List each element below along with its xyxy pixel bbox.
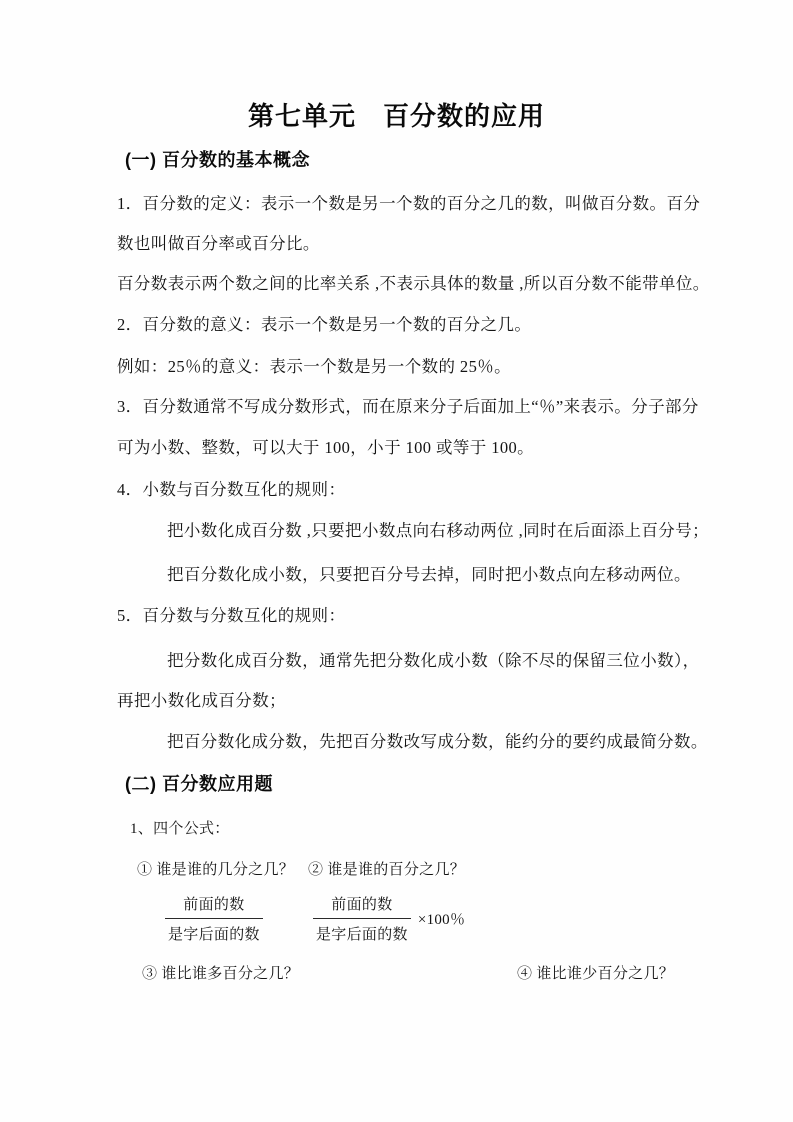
question-3: ③ 谁比谁多百分之几？ xyxy=(142,962,299,983)
body-line: 1．百分数的定义：表示一个数是另一个数的百分之几的数，叫做百分数。百分 xyxy=(117,193,702,215)
fraction-numerator: 前面的数 xyxy=(165,893,263,918)
question-1: ① 谁是谁的几分之几？ xyxy=(137,858,294,879)
question-2: ② 谁是谁的百分之几？ xyxy=(308,858,465,879)
body-line: 例如：25％的意义：表示一个数是另一个数的 25％。 xyxy=(117,356,702,378)
body-line: 4．小数与百分数互化的规则： xyxy=(117,479,702,501)
fraction-denominator: 是字后面的数 xyxy=(313,918,411,944)
body-line: 把小数化成百分数 ,只要把小数点向右移动两位 ,同时在后面添上百分号； xyxy=(167,520,752,542)
fraction-multiplier: ×100％ xyxy=(418,908,465,929)
body-line: 2．百分数的意义：表示一个数是另一个数的百分之几。 xyxy=(117,314,702,336)
fraction-formula-2-group: 前面的数 是字后面的数 ×100％ xyxy=(313,893,465,944)
fraction-formula-1: 前面的数 是字后面的数 xyxy=(165,893,263,944)
fraction-denominator: 是字后面的数 xyxy=(165,918,263,944)
formulas-intro: 1、四个公式： xyxy=(130,817,230,838)
question-4: ④ 谁比谁少百分之几？ xyxy=(517,962,674,983)
body-line: 再把小数化成百分数； xyxy=(117,690,702,712)
body-line: 把百分数化成小数，只要把百分号去掉，同时把小数点向左移动两位。 xyxy=(167,564,752,586)
body-line: 数也叫做百分率或百分比。 xyxy=(117,233,702,255)
body-line: 3．百分数通常不写成分数形式，而在原来分子后面加上“％”来表示。分子部分 xyxy=(117,396,702,418)
document-page: 第七单元 百分数的应用 (一) 百分数的基本概念 1．百分数的定义：表示一个数是… xyxy=(0,0,793,1122)
body-line: 把百分数化成分数，先把百分数改写成分数，能约分的要约成最简分数。 xyxy=(167,731,752,753)
fraction-numerator: 前面的数 xyxy=(313,893,411,918)
section1-heading: (一) 百分数的基本概念 xyxy=(125,146,310,172)
body-line: 百分数表示两个数之间的比率关系 ,不表示具体的数量 ,所以百分数不能带单位。 xyxy=(117,273,702,295)
body-line: 把分数化成百分数，通常先把分数化成小数（除不尽的保留三位小数）， xyxy=(167,650,752,672)
section2-heading: (二) 百分数应用题 xyxy=(125,770,273,796)
body-line: 可为小数、整数，可以大于 100，小于 100 或等于 100。 xyxy=(117,437,702,459)
document-title: 第七单元 百分数的应用 xyxy=(0,96,793,133)
body-line: 5．百分数与分数互化的规则： xyxy=(117,605,702,627)
fraction-formula-2: 前面的数 是字后面的数 xyxy=(313,893,411,944)
